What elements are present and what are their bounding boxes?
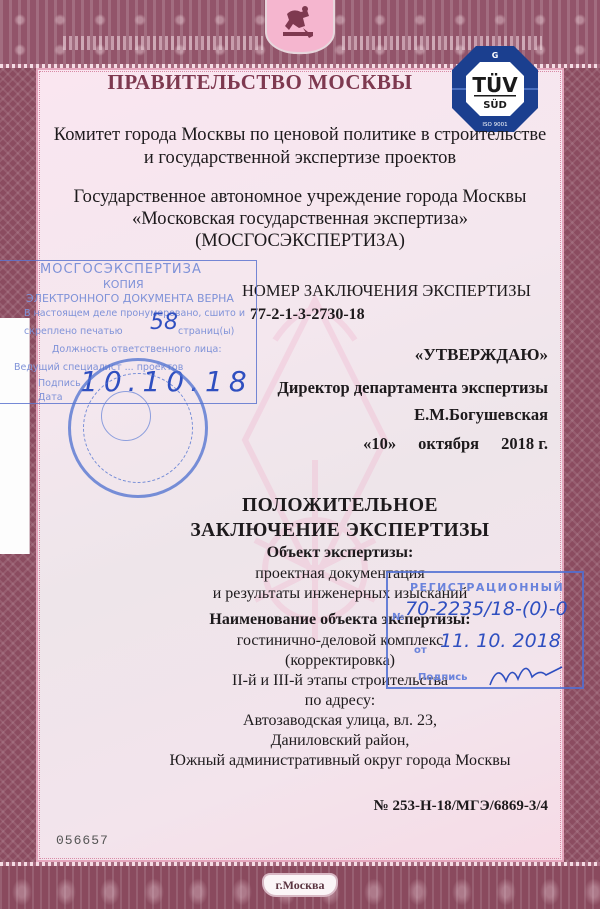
conclusion-number-label: НОМЕР ЗАКЛЮЧЕНИЯ ЭКСПЕРТИЗЫ	[242, 281, 531, 301]
institution-line: (МОСГОСЭКСПЕРТИЗА)	[0, 230, 600, 252]
committee-line: и государственной экспертизе проектов	[0, 147, 600, 170]
copy-stamp-line: КОПИЯ	[103, 278, 144, 291]
registration-date: 11. 10. 2018	[440, 630, 561, 652]
copy-stamp-line: скреплено печатью	[24, 326, 123, 337]
svg-text:G: G	[492, 51, 499, 60]
copy-stamp-line: Подпись	[38, 378, 81, 389]
copy-stamp-line: Дата	[38, 392, 63, 403]
approver-position: Директор департамента экспертизы	[278, 378, 548, 398]
conclusion-number-value: 77-2-1-3-2730-18	[250, 306, 365, 324]
committee-line: Комитет города Москвы по ценовой политик…	[0, 124, 600, 147]
object-name-line: Автозаводская улица, вл. 23,	[40, 711, 600, 731]
approval-date-day: «10»	[363, 434, 396, 453]
tuv-sud-logo-icon: G TÜV SÜD ISO 9001	[450, 44, 540, 134]
institution-line: «Московская государственная экспертиза»	[0, 208, 600, 230]
registration-stamp-title: РЕГИСТРАЦИОННЫЙ	[410, 581, 564, 594]
institution-line: Государственное автономное учреждение го…	[0, 186, 600, 208]
approval-date-month: октября	[418, 434, 479, 453]
registration-number-prefix: №	[392, 612, 404, 623]
moscow-coat-of-arms	[265, 0, 335, 54]
copy-stamp-line: В настоящем деле пронумеровано, сшито и	[24, 308, 245, 319]
round-seal-stamp	[68, 358, 208, 498]
svg-text:TÜV: TÜV	[472, 73, 518, 97]
document-title: ПОЛОЖИТЕЛЬНОЕ ЗАКЛЮЧЕНИЕ ЭКСПЕРТИЗЫ	[40, 493, 600, 543]
object-name-line: Даниловский район,	[40, 731, 600, 751]
object-name-line: Южный административный округ города Моск…	[40, 751, 600, 771]
registration-number: 70-2235/18-(0)-0	[405, 598, 568, 620]
object-name-line: по адресу:	[40, 691, 600, 711]
registration-date-prefix: от	[414, 645, 427, 656]
document-number: № 253-Н-18/МГЭ/6869-3/4	[374, 798, 548, 815]
saint-george-icon	[277, 4, 321, 44]
object-label: Объект экспертизы:	[40, 544, 600, 562]
ornament-scroll-left	[63, 36, 263, 50]
approval-date-year: 2018 г.	[501, 434, 548, 453]
serial-number: 056657	[56, 833, 109, 848]
handwritten-signature-icon	[486, 655, 566, 691]
copy-stamp-line: страниц(ы)	[178, 326, 234, 337]
svg-text:SÜD: SÜD	[483, 97, 507, 111]
approver-name: Е.М.Богушевская	[414, 405, 548, 425]
copy-stamp-line: МОСГОСЭКСПЕРТИЗА	[40, 262, 202, 277]
institution-name: Государственное автономное учреждение го…	[0, 186, 600, 252]
copy-stamp-line: ЭЛЕКТРОННОГО ДОКУМЕНТА ВЕРНА	[26, 292, 234, 305]
approval-date: «10»октября2018 г.	[341, 434, 548, 454]
seal-emblem	[101, 391, 151, 441]
handwritten-page-count: 58	[150, 310, 178, 335]
registration-signature-label: Подпись	[418, 672, 467, 683]
bottom-ornament-line	[0, 862, 600, 866]
government-heading: ПРАВИТЕЛЬСТВО МОСКВЫ	[60, 70, 460, 95]
committee-name: Комитет города Москвы по ценовой политик…	[0, 124, 600, 170]
approval-heading: «УТВЕРЖДАЮ»	[415, 345, 548, 365]
copy-stamp-line: Должность ответственного лица:	[52, 344, 222, 355]
city-label: г.Москва	[262, 873, 338, 897]
title-line: ЗАКЛЮЧЕНИЕ ЭКСПЕРТИЗЫ	[40, 518, 600, 543]
